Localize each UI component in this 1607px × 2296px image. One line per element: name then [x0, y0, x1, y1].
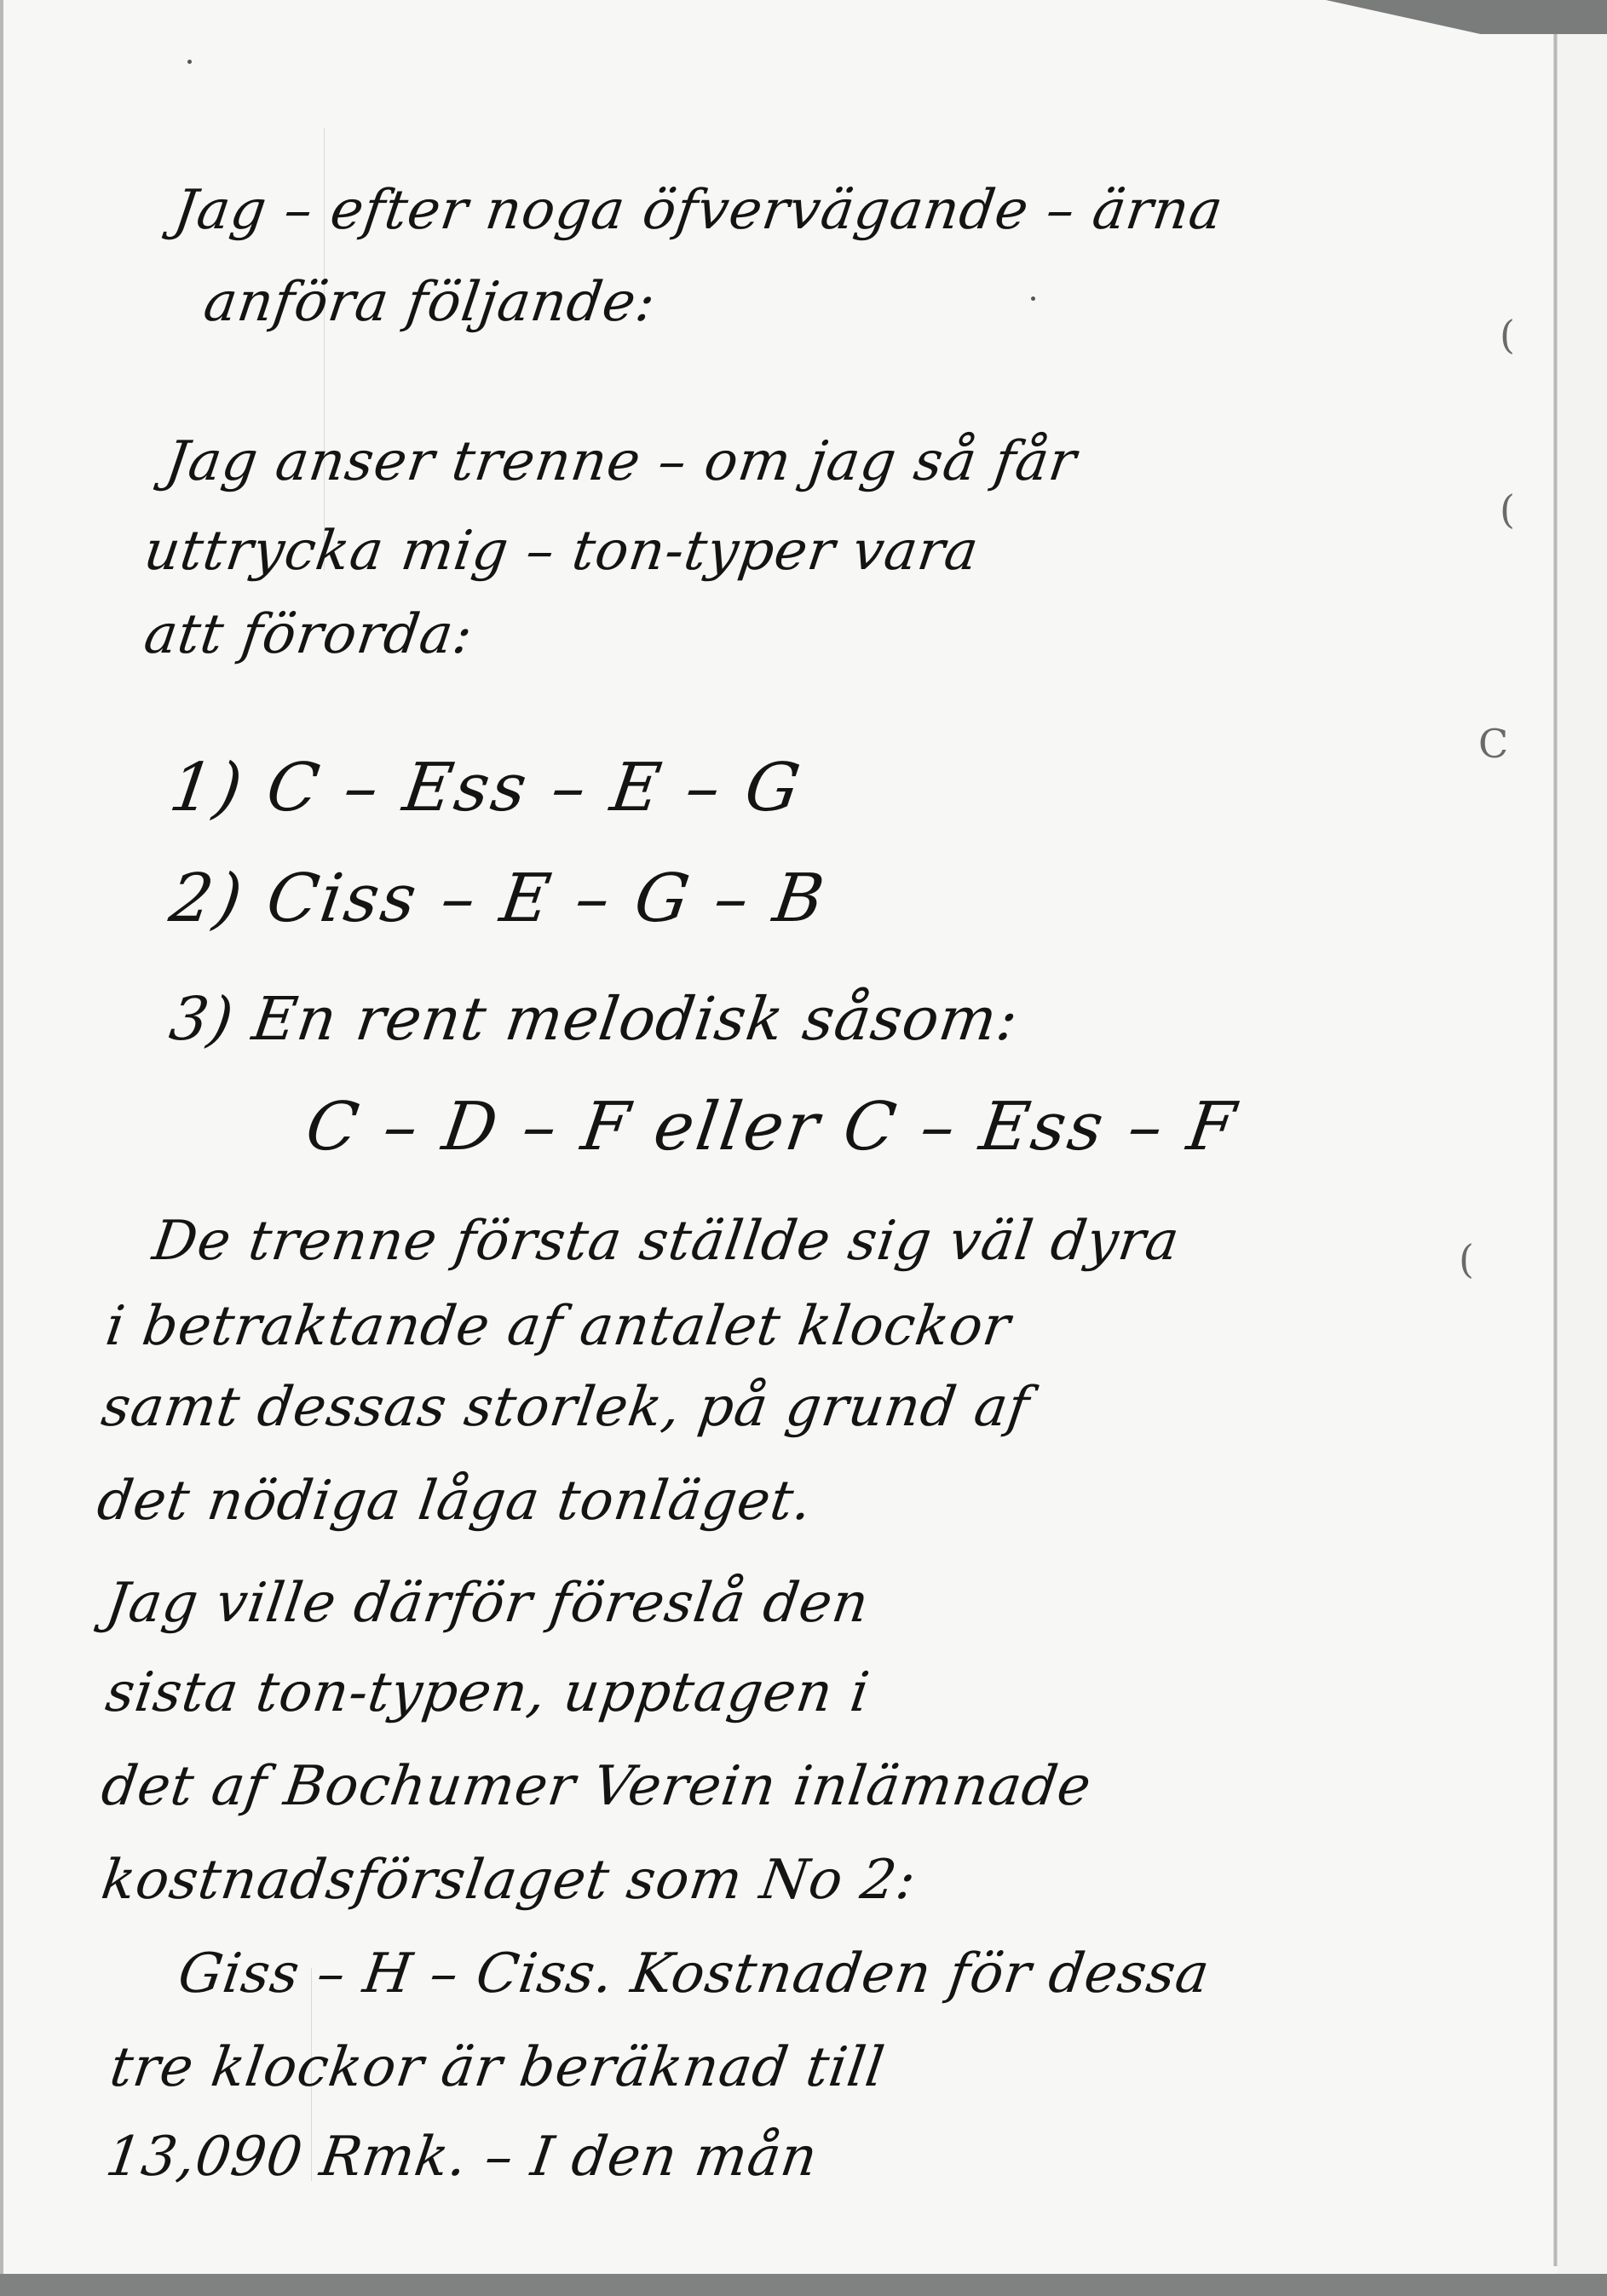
margin-bracket-mark: ( [1500, 315, 1515, 354]
text-line-14: Jag ville därför föreslå den [102, 1572, 873, 1635]
tone-type-item-1: 1) C – Ess – E – G [165, 750, 807, 826]
text-line-17: kostnadsförslaget som No 2: [98, 1849, 920, 1912]
text-line-1: Jag – efter noga öfvervägande – ärna [170, 179, 1227, 242]
tone-type-item-3: 3) En rent melodisk såsom: [165, 984, 1022, 1054]
text-line-16: det af Bochumer Verein inlämnade [98, 1755, 1096, 1818]
manuscript-page: ( ( C ( Jag – efter noga öfvervägande – … [0, 0, 1607, 2296]
scan-background-bottom [0, 2274, 1607, 2296]
text-line-15: sista ton-typen, upptagen i [102, 1661, 873, 1724]
page-fold-line [1553, 26, 1558, 2266]
text-line-11: i betraktande af antalet klockor [102, 1295, 1015, 1358]
margin-bracket-mark: ( [1459, 1240, 1474, 1279]
text-line-19: tre klockor är beräknad till [107, 2036, 889, 2099]
text-line-10: De trenne första ställde sig väl dyra [149, 1210, 1184, 1273]
margin-bracket-mark: C [1478, 724, 1508, 763]
text-line-20: 13,090 Rmk. – I den mån [102, 2126, 821, 2189]
ink-speck [1031, 296, 1035, 301]
text-line-3: Jag anser trenne – om jag så får [162, 430, 1080, 493]
text-line-12: samt dessas storlek, på grund af [98, 1376, 1034, 1439]
tone-type-item-3-examples: C – D – F eller C – Ess – F [302, 1089, 1242, 1165]
text-line-5: att förorda: [141, 603, 477, 666]
text-line-13: det nödiga låga tonläget. [94, 1470, 816, 1533]
text-line-18: Giss – H – Ciss. Kostnaden för dessa [175, 1942, 1213, 2005]
page-left-edge [0, 0, 3, 2275]
scan-background-corner [1326, 0, 1607, 34]
adjacent-sheet [1558, 26, 1607, 2275]
text-line-4: uttrycka mig – ton-typer vara [141, 520, 983, 583]
ink-speck [187, 60, 192, 64]
tone-type-item-2: 2) Ciss – E – G – B [165, 860, 832, 937]
text-line-2: anföra följande: [200, 271, 660, 334]
margin-bracket-mark: ( [1500, 490, 1515, 529]
